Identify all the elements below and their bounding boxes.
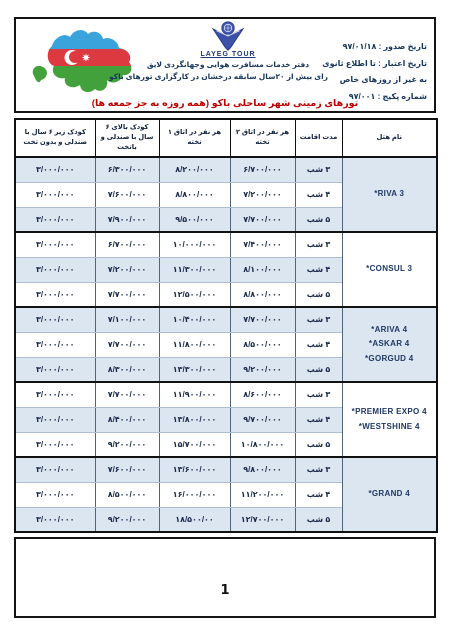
hotel-name: RIVA 3* xyxy=(345,187,435,201)
price-child-under6-cell: ۳/۰۰۰/۰۰۰ xyxy=(15,182,95,207)
price-table-body: RIVA 3*۳ شب۶/۷۰۰/۰۰۰۸/۲۰۰/۰۰۰۶/۳۰۰/۰۰۰۳/… xyxy=(15,157,437,532)
price-double-room-cell: ۶/۷۰۰/۰۰۰ xyxy=(230,157,295,182)
price-child-under6-cell: ۳/۰۰۰/۰۰۰ xyxy=(15,207,95,232)
price-single-room-cell: ۱۰/۰۰۰/۰۰۰ xyxy=(159,232,230,257)
stay-duration-cell: ۳ شب xyxy=(295,457,342,482)
hotel-name-cell: GRAND 4* xyxy=(342,457,437,532)
price-child-over6-cell: ۶/۷۰۰/۰۰۰ xyxy=(95,232,159,257)
document-page: LAYEG TOUR دفتر خدمات مسافرت هوایی وجهان… xyxy=(0,0,450,641)
price-double-room-cell: ۹/۸۰۰/۰۰۰ xyxy=(230,457,295,482)
price-single-room-cell: ۹/۵۰۰/۰۰۰ xyxy=(159,207,230,232)
stay-duration-cell: ۵ شب xyxy=(295,207,342,232)
price-child-under6-cell: ۳/۰۰۰/۰۰۰ xyxy=(15,507,95,532)
price-single-room-cell: ۱۱/۹۰۰/۰۰۰ xyxy=(159,382,230,407)
hotel-name: ASKAR 4* xyxy=(345,337,435,351)
stay-duration-cell: ۳ شب xyxy=(295,382,342,407)
price-child-over6-cell: ۷/۱۰۰/۰۰۰ xyxy=(95,307,159,332)
price-row: PREMIER EXPO 4*WESTSHINE 4*۳ شب۸/۶۰۰/۰۰۰… xyxy=(15,382,437,407)
price-child-under6-cell: ۳/۰۰۰/۰۰۰ xyxy=(15,307,95,332)
price-child-under6-cell: ۳/۰۰۰/۰۰۰ xyxy=(15,357,95,382)
price-double-room-cell: ۱۰/۸۰۰/۰۰۰ xyxy=(230,432,295,457)
stay-duration-cell: ۴ شب xyxy=(295,407,342,432)
stay-duration-cell: ۴ شب xyxy=(295,182,342,207)
price-child-under6-cell: ۳/۰۰۰/۰۰۰ xyxy=(15,407,95,432)
price-child-over6-cell: ۷/۹۰۰/۰۰۰ xyxy=(95,207,159,232)
price-table: نام هتل مدت اقامت هر نفر در اتاق ۲ تخته … xyxy=(14,118,438,533)
price-child-over6-cell: ۷/۷۰۰/۰۰۰ xyxy=(95,282,159,307)
hotel-name: PREMIER EXPO 4* xyxy=(345,405,435,419)
price-single-room-cell: ۱۳/۸۰۰/۰۰۰ xyxy=(159,407,230,432)
price-double-room-cell: ۹/۷۰۰/۰۰۰ xyxy=(230,407,295,432)
hotel-name: GORGUD 4* xyxy=(345,352,435,366)
col-child-over6: کودک بالای ۶ سال با صندلی و باتخت xyxy=(95,119,159,157)
price-row: ARIVA 4*ASKAR 4*GORGUD 4*۳ شب۷/۷۰۰/۰۰۰۱۰… xyxy=(15,307,437,332)
price-child-under6-cell: ۳/۰۰۰/۰۰۰ xyxy=(15,482,95,507)
price-double-room-cell: ۸/۵۰۰/۰۰۰ xyxy=(230,332,295,357)
stay-duration-cell: ۵ شب xyxy=(295,432,342,457)
price-child-over6-cell: ۷/۲۰۰/۰۰۰ xyxy=(95,257,159,282)
price-single-room-cell: ۸/۲۰۰/۰۰۰ xyxy=(159,157,230,182)
stay-duration-cell: ۴ شب xyxy=(295,332,342,357)
price-child-under6-cell: ۳/۰۰۰/۰۰۰ xyxy=(15,332,95,357)
stay-duration-cell: ۵ شب xyxy=(295,507,342,532)
price-child-under6-cell: ۳/۰۰۰/۰۰۰ xyxy=(15,382,95,407)
price-child-over6-cell: ۷/۶۰۰/۰۰۰ xyxy=(95,182,159,207)
letterhead: LAYEG TOUR دفتر خدمات مسافرت هوایی وجهان… xyxy=(14,17,436,113)
price-child-over6-cell: ۸/۴۰۰/۰۰۰ xyxy=(95,407,159,432)
col-child-under6: کودک زیر ۶ سال با صندلی و بدون تخت xyxy=(15,119,95,157)
hotel-name: WESTSHINE 4* xyxy=(345,420,435,434)
hotel-name-cell: PREMIER EXPO 4*WESTSHINE 4* xyxy=(342,382,437,457)
stay-duration-cell: ۳ شب xyxy=(295,307,342,332)
price-double-room-cell: ۷/۷۰۰/۰۰۰ xyxy=(230,307,295,332)
price-single-room-cell: ۱۱/۳۰۰/۰۰۰ xyxy=(159,257,230,282)
price-double-room-cell: ۷/۲۰۰/۰۰۰ xyxy=(230,182,295,207)
hotel-name: CONSUL 3* xyxy=(345,262,435,276)
price-child-under6-cell: ۳/۰۰۰/۰۰۰ xyxy=(15,457,95,482)
price-row: RIVA 3*۳ شب۶/۷۰۰/۰۰۰۸/۲۰۰/۰۰۰۶/۳۰۰/۰۰۰۳/… xyxy=(15,157,437,182)
col-stay-duration: مدت اقامت xyxy=(295,119,342,157)
price-single-room-cell: ۱۲/۵۰۰/۰۰۰ xyxy=(159,282,230,307)
stay-duration-cell: ۵ شب xyxy=(295,282,342,307)
price-child-over6-cell: ۹/۲۰۰/۰۰۰ xyxy=(95,507,159,532)
price-single-room-cell: ۱۱/۸۰۰/۰۰۰ xyxy=(159,332,230,357)
hotel-name-cell: RIVA 3* xyxy=(342,157,437,232)
price-double-room-cell: ۱۲/۷۰۰/۰۰۰ xyxy=(230,507,295,532)
tour-title: تورهای زمینی شهر ساحلی باکو (همه روزه به… xyxy=(16,98,434,109)
price-single-room-cell: ۱۶/۰۰۰/۰۰۰ xyxy=(159,482,230,507)
price-row: CONSUL 3*۳ شب۷/۴۰۰/۰۰۰۱۰/۰۰۰/۰۰۰۶/۷۰۰/۰۰… xyxy=(15,232,437,257)
price-child-over6-cell: ۸/۵۰۰/۰۰۰ xyxy=(95,482,159,507)
price-double-room-cell: ۷/۴۰۰/۰۰۰ xyxy=(230,232,295,257)
price-child-over6-cell: ۷/۷۰۰/۰۰۰ xyxy=(95,382,159,407)
price-single-room-cell: ۱۳/۶۰۰/۰۰۰ xyxy=(159,457,230,482)
col-double-room: هر نفر در اتاق ۲ تخته xyxy=(230,119,295,157)
price-child-under6-cell: ۳/۰۰۰/۰۰۰ xyxy=(15,432,95,457)
issue-date: تاریخ صدور : ۹۷/۰۱/۱۸ xyxy=(287,39,427,56)
price-child-over6-cell: ۷/۷۰۰/۰۰۰ xyxy=(95,332,159,357)
price-double-room-cell: ۸/۸۰۰/۰۰۰ xyxy=(230,282,295,307)
price-table-header: نام هتل مدت اقامت هر نفر در اتاق ۲ تخته … xyxy=(15,119,437,157)
hotel-name: GRAND 4* xyxy=(345,487,435,501)
page-number: 1 xyxy=(16,583,434,598)
validity-date: تاریخ اعتبار : تا اطلاع ثانوی xyxy=(287,56,427,73)
col-hotel-name: نام هتل xyxy=(342,119,437,157)
price-single-room-cell: ۱۰/۴۰۰/۰۰۰ xyxy=(159,307,230,332)
price-child-under6-cell: ۳/۰۰۰/۰۰۰ xyxy=(15,157,95,182)
special-days-note: به غیر از روزهای خاص xyxy=(287,72,427,89)
price-child-over6-cell: ۸/۳۰۰/۰۰۰ xyxy=(95,357,159,382)
price-child-under6-cell: ۳/۰۰۰/۰۰۰ xyxy=(15,282,95,307)
stay-duration-cell: ۴ شب xyxy=(295,482,342,507)
page-footer: 1 xyxy=(14,537,436,618)
price-child-under6-cell: ۳/۰۰۰/۰۰۰ xyxy=(15,257,95,282)
price-single-room-cell: ۱۸/۵۰۰/۰۰ xyxy=(159,507,230,532)
stay-duration-cell: ۵ شب xyxy=(295,357,342,382)
price-double-room-cell: ۸/۱۰۰/۰۰۰ xyxy=(230,257,295,282)
price-child-under6-cell: ۳/۰۰۰/۰۰۰ xyxy=(15,232,95,257)
price-double-room-cell: ۷/۷۰۰/۰۰۰ xyxy=(230,207,295,232)
hotel-name: ARIVA 4* xyxy=(345,323,435,337)
col-single-room: هر نفر در اتاق ۱ تخته xyxy=(159,119,230,157)
stay-duration-cell: ۳ شب xyxy=(295,232,342,257)
issue-info-block: تاریخ صدور : ۹۷/۰۱/۱۸ تاریخ اعتبار : تا … xyxy=(287,39,427,105)
price-double-room-cell: ۸/۶۰۰/۰۰۰ xyxy=(230,382,295,407)
azerbaijan-flag-map-icon xyxy=(24,24,134,99)
hotel-name-cell: ARIVA 4*ASKAR 4*GORGUD 4* xyxy=(342,307,437,382)
price-double-room-cell: ۱۱/۲۰۰/۰۰۰ xyxy=(230,482,295,507)
price-single-room-cell: ۱۳/۳۰۰/۰۰۰ xyxy=(159,357,230,382)
stay-duration-cell: ۳ شب xyxy=(295,157,342,182)
price-single-room-cell: ۸/۸۰۰/۰۰۰ xyxy=(159,182,230,207)
hotel-name-cell: CONSUL 3* xyxy=(342,232,437,307)
price-double-room-cell: ۹/۲۰۰/۰۰۰ xyxy=(230,357,295,382)
price-single-room-cell: ۱۵/۷۰۰/۰۰۰ xyxy=(159,432,230,457)
price-child-over6-cell: ۹/۲۰۰/۰۰۰ xyxy=(95,432,159,457)
stay-duration-cell: ۴ شب xyxy=(295,257,342,282)
price-child-over6-cell: ۷/۶۰۰/۰۰۰ xyxy=(95,457,159,482)
price-row: GRAND 4*۳ شب۹/۸۰۰/۰۰۰۱۳/۶۰۰/۰۰۰۷/۶۰۰/۰۰۰… xyxy=(15,457,437,482)
price-child-over6-cell: ۶/۳۰۰/۰۰۰ xyxy=(95,157,159,182)
